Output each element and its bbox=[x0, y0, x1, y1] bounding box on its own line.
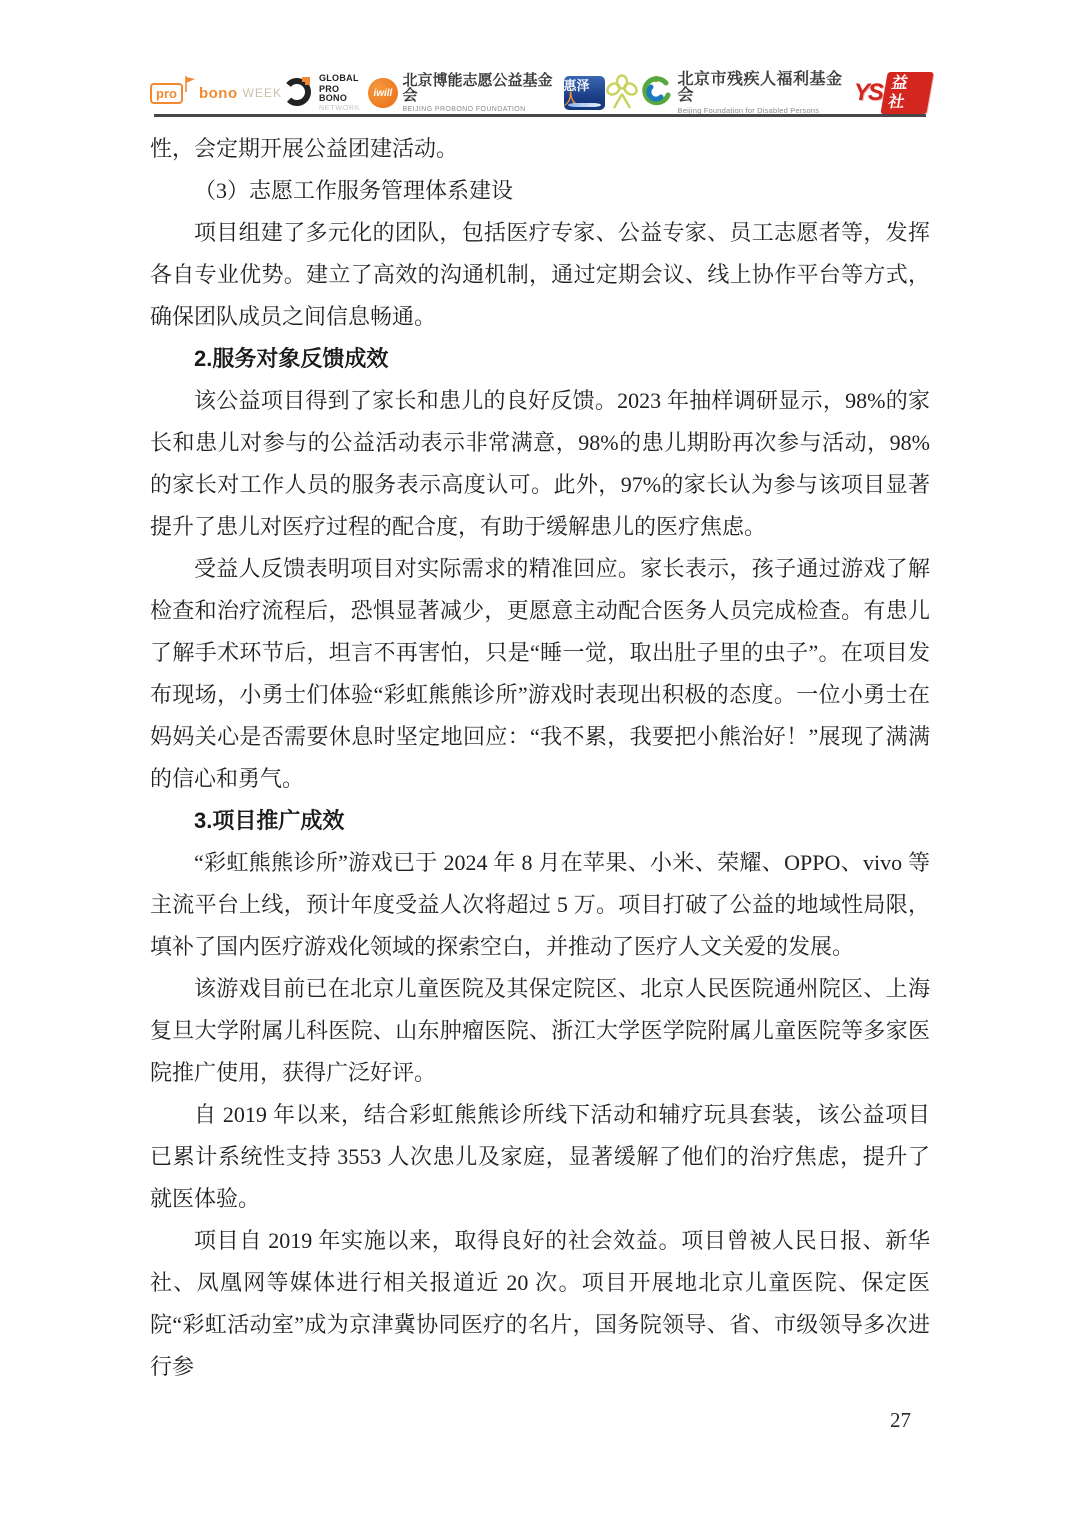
paragraph: 受益人反馈表明项目对实际需求的精准回应。家长表示，孩子通过游戏了解检查和治疗流程… bbox=[150, 548, 930, 800]
yishe-ys-label: YS bbox=[854, 81, 882, 105]
gpbn-line3: NETWORK bbox=[319, 105, 368, 112]
yishe-logo: YS 益社 bbox=[854, 72, 930, 114]
bfdp-chinese-name: 北京市残疾人福利基金会 bbox=[678, 72, 854, 104]
week-label: WEEK bbox=[243, 86, 282, 100]
page-number: 27 bbox=[890, 1408, 911, 1433]
bpf-chinese-name: 北京博能志愿公益基金会 bbox=[403, 73, 564, 103]
iwill-badge-icon: iwill bbox=[368, 78, 397, 108]
gpbn-line1: GLOBAL bbox=[319, 74, 368, 83]
swirl-icon bbox=[639, 73, 673, 114]
paragraph: “彩虹熊熊诊所”游戏已于 2024 年 8 月在苹果、小米、荣耀、OPPO、vi… bbox=[150, 842, 930, 968]
header-divider bbox=[154, 114, 926, 117]
section-heading-feedback: 2.服务对象反馈成效 bbox=[150, 338, 930, 380]
paragraph: 项目组建了多元化的团队，包括医疗专家、公益专家、员工志愿者等，发挥各自专业优势。… bbox=[150, 212, 930, 338]
beijing-probono-foundation-logo: iwill 北京博能志愿公益基金会 BEIJING PROBONO FOUNDA… bbox=[368, 73, 563, 113]
paragraph: 性，会定期开展公益团建活动。 bbox=[150, 128, 930, 170]
ring-icon bbox=[282, 74, 314, 113]
yishe-cn-label: 益社 bbox=[880, 72, 934, 114]
huizeren-swoosh bbox=[568, 103, 601, 107]
flag-icon bbox=[184, 76, 196, 97]
person-clover-icon bbox=[605, 74, 639, 112]
global-pro-bono-network-logo: GLOBAL PRO BONO NETWORK bbox=[282, 74, 368, 113]
gpbn-line2: PRO BONO bbox=[319, 85, 368, 103]
huizeren-logo: 惠泽人 bbox=[564, 76, 605, 110]
section-heading-promotion: 3.项目推广成效 bbox=[150, 800, 930, 842]
header-logo-strip: pro bono WEEK GLOBAL PRO BONO NETWORK iw… bbox=[150, 70, 930, 116]
bpf-english-name: BEIJING PROBONO FOUNDATION bbox=[403, 106, 564, 113]
beijing-foundation-disabled-persons-logo: 北京市残疾人福利基金会 Beijing Foundation for Disab… bbox=[639, 72, 854, 115]
pro-box-label: pro bbox=[150, 83, 183, 104]
document-page: pro bono WEEK GLOBAL PRO BONO NETWORK iw… bbox=[0, 0, 1080, 1527]
paragraph: 项目自 2019 年实施以来，取得良好的社会效益。项目曾被人民日报、新华社、凤凰… bbox=[150, 1220, 930, 1388]
paragraph: 该公益项目得到了家长和患儿的良好反馈。2023 年抽样调研显示，98%的家长和患… bbox=[150, 380, 930, 548]
paragraph: 该游戏目前已在北京儿童医院及其保定院区、北京人民医院通州院区、上海复旦大学附属儿… bbox=[150, 968, 930, 1094]
pro-bono-week-logo: pro bono WEEK bbox=[150, 83, 282, 104]
bono-label: bono bbox=[199, 85, 238, 102]
paragraph: 自 2019 年以来，结合彩虹熊熊诊所线下活动和辅疗玩具套装，该公益项目已累计系… bbox=[150, 1094, 930, 1220]
document-body: 性，会定期开展公益团建活动。 （3）志愿工作服务管理体系建设 项目组建了多元化的… bbox=[150, 128, 930, 1388]
paragraph: （3）志愿工作服务管理体系建设 bbox=[150, 170, 930, 212]
